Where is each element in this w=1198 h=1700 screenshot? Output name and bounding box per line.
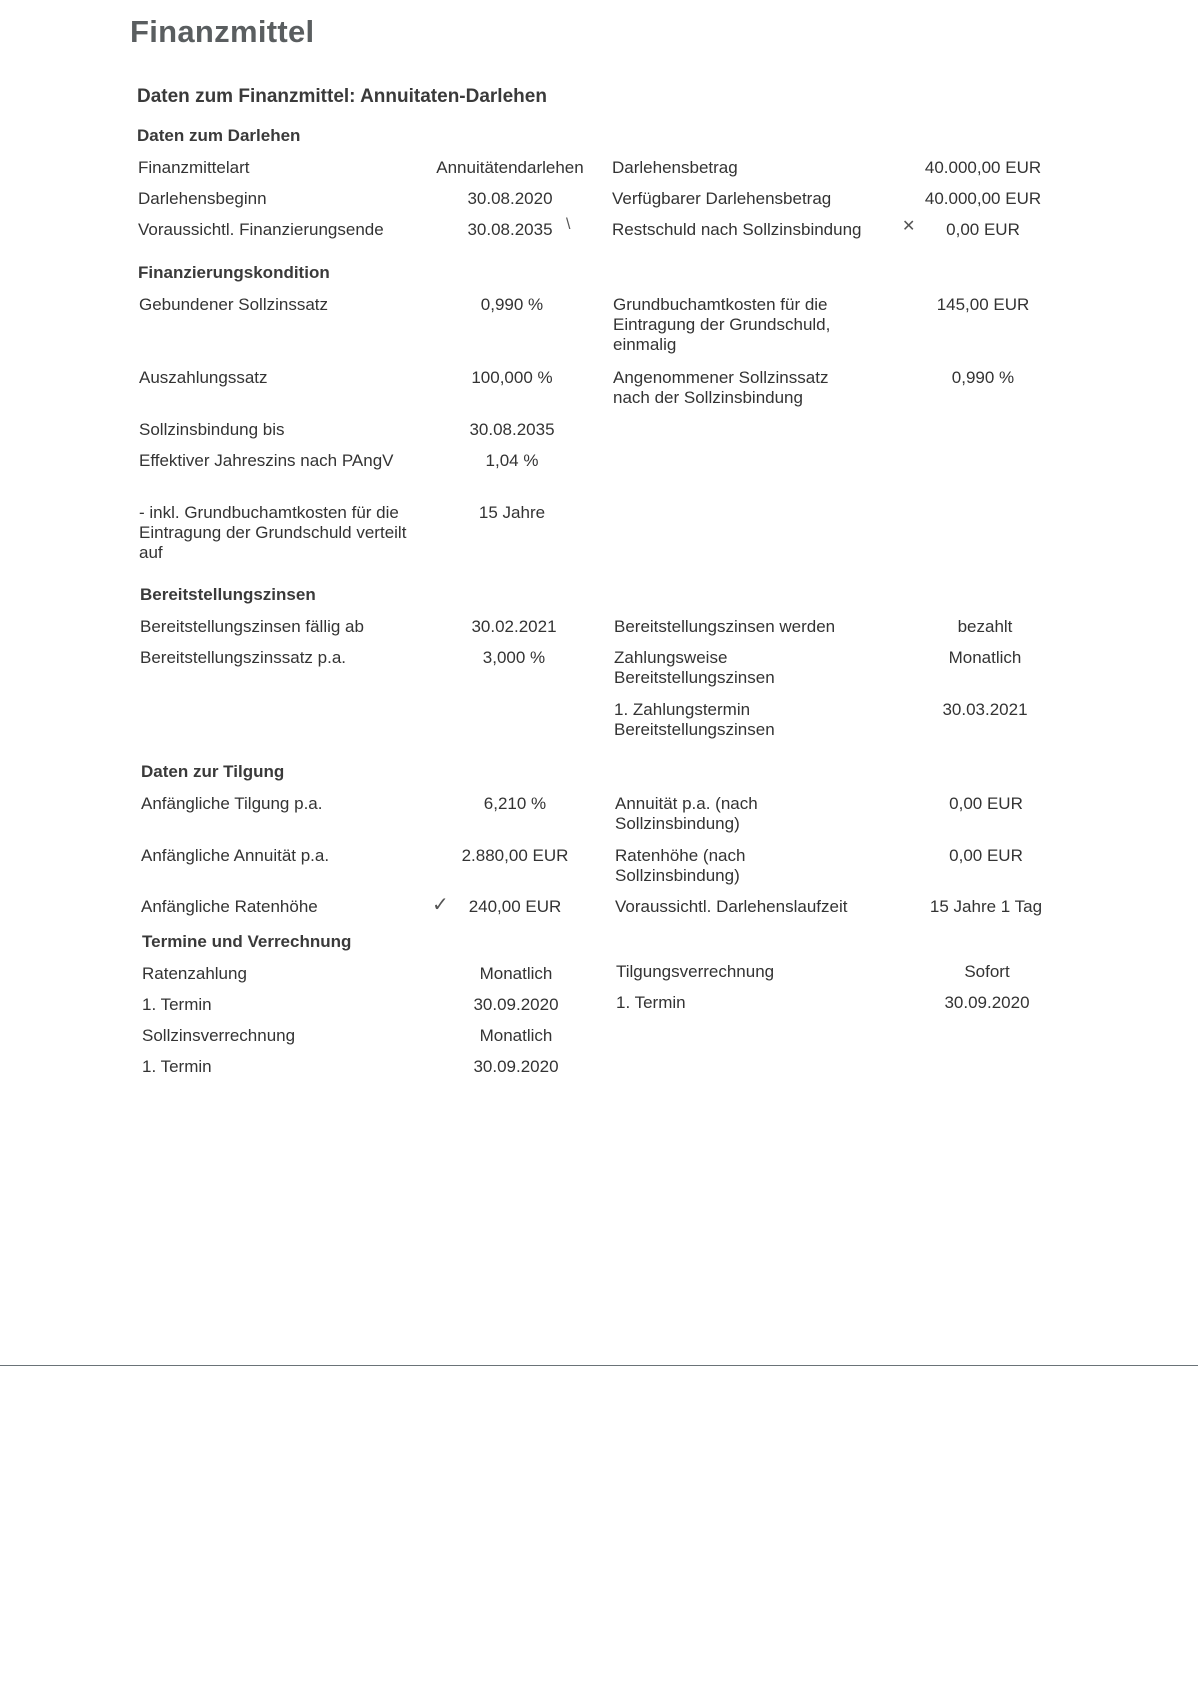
value-zahlungsweise: Monatlich bbox=[910, 648, 1060, 668]
value-tilgungsverrechnung: Sofort bbox=[912, 962, 1062, 982]
label-ratenzahlung: Ratenzahlung bbox=[142, 964, 412, 984]
subsection-title-tilgung: Daten zur Tilgung bbox=[141, 762, 284, 782]
value-sollzinsverrechnung-termin: 30.09.2020 bbox=[436, 1057, 596, 1077]
value-erster-zahlungstermin: 30.03.2021 bbox=[910, 700, 1060, 720]
label-bereitstellung-werden: Bereitstellungszinsen werden bbox=[614, 617, 864, 637]
value-ratenzahlung-termin: 30.09.2020 bbox=[436, 995, 596, 1015]
label-tilgungsverrechnung-termin: 1. Termin bbox=[616, 993, 866, 1013]
label-erster-zahlungstermin: 1. Zahlungstermin Bereitstellungszinsen bbox=[614, 700, 864, 740]
label-ratenzahlung-termin: 1. Termin bbox=[142, 995, 412, 1015]
value-ratenhoehe-nach-bindung: 0,00 EUR bbox=[911, 846, 1061, 866]
subsection-title-termine: Termine und Verrechnung bbox=[142, 932, 351, 952]
value-gebundener-sollzinssatz: 0,990 % bbox=[432, 295, 592, 315]
value-darlehensbetrag: 40.000,00 EUR bbox=[908, 158, 1058, 178]
value-finanzmittelart: Annuitätendarlehen bbox=[430, 158, 590, 178]
label-anfaengliche-ratenhoehe: Anfängliche Ratenhöhe bbox=[141, 897, 411, 917]
handwritten-mark-icon: \ bbox=[566, 216, 570, 234]
label-grundbuchamtkosten-einmalig: Grundbuchamtkosten für die Eintragung de… bbox=[613, 295, 863, 355]
value-bereitstellungszinssatz: 3,000 % bbox=[434, 648, 594, 668]
label-finanzmittelart: Finanzmittelart bbox=[138, 158, 408, 178]
label-restschuld: Restschuld nach Sollzinsbindung bbox=[612, 220, 862, 240]
value-darlehenslaufzeit: 15 Jahre 1 Tag bbox=[911, 897, 1061, 917]
handwritten-check-icon: ✓ bbox=[432, 892, 449, 917]
label-sollzinsbindung-bis: Sollzinsbindung bis bbox=[139, 420, 409, 440]
label-gebundener-sollzinssatz: Gebundener Sollzinssatz bbox=[139, 295, 409, 315]
value-angenommener-sollzinssatz: 0,990 % bbox=[908, 368, 1058, 388]
label-grundbuchamtkosten-verteilt: - inkl. Grundbuchamtkosten für die Eintr… bbox=[139, 503, 409, 563]
label-tilgungsverrechnung: Tilgungsverrechnung bbox=[616, 962, 866, 982]
value-effektiver-jahreszins: 1,04 % bbox=[432, 451, 592, 471]
subsection-title-darlehen: Daten zum Darlehen bbox=[137, 126, 300, 146]
label-angenommener-sollzinssatz: Angenommener Sollzinssatz nach der Sollz… bbox=[613, 368, 863, 408]
label-effektiver-jahreszins: Effektiver Jahreszins nach PAngV bbox=[139, 451, 409, 471]
value-tilgungsverrechnung-termin: 30.09.2020 bbox=[912, 993, 1062, 1013]
label-anfaengliche-tilgung: Anfängliche Tilgung p.a. bbox=[141, 794, 411, 814]
value-ratenzahlung: Monatlich bbox=[436, 964, 596, 984]
label-darlehensbetrag: Darlehensbetrag bbox=[612, 158, 862, 178]
section-title: Daten zum Finanzmittel: Annuitaten-Darle… bbox=[137, 86, 547, 108]
subsection-title-bereitstellung: Bereitstellungszinsen bbox=[140, 585, 316, 605]
value-anfaengliche-annuitaet: 2.880,00 EUR bbox=[435, 846, 595, 866]
handwritten-cross-icon: ✕ bbox=[902, 216, 915, 236]
label-sollzinsverrechnung: Sollzinsverrechnung bbox=[142, 1026, 412, 1046]
value-darlehensbeginn: 30.08.2020 bbox=[430, 189, 590, 209]
label-annuitaet-nach-bindung: Annuität p.a. (nach Sollzinsbindung) bbox=[615, 794, 865, 834]
label-zahlungsweise: Zahlungsweise Bereitstellungszinsen bbox=[614, 648, 864, 688]
label-anfaengliche-annuitaet: Anfängliche Annuität p.a. bbox=[141, 846, 411, 866]
label-verfuegbarer-betrag: Verfügbarer Darlehensbetrag bbox=[612, 189, 862, 209]
value-bereitstellung-werden: bezahlt bbox=[910, 617, 1060, 637]
page-divider-line bbox=[0, 1365, 1198, 1366]
label-sollzinsverrechnung-termin: 1. Termin bbox=[142, 1057, 412, 1077]
label-finanzierungsende: Voraussichtl. Finanzierungsende bbox=[138, 220, 408, 240]
value-sollzinsbindung-bis: 30.08.2035 bbox=[432, 420, 592, 440]
subsection-title-kondition: Finanzierungskondition bbox=[138, 263, 330, 283]
label-darlehenslaufzeit: Voraussichtl. Darlehenslaufzeit bbox=[615, 897, 865, 917]
value-auszahlungssatz: 100,000 % bbox=[432, 368, 592, 388]
value-bereitstellung-faellig: 30.02.2021 bbox=[434, 617, 594, 637]
value-restschuld: 0,00 EUR bbox=[908, 220, 1058, 240]
label-ratenhoehe-nach-bindung: Ratenhöhe (nach Sollzinsbindung) bbox=[615, 846, 865, 886]
label-bereitstellungszinssatz: Bereitstellungszinssatz p.a. bbox=[140, 648, 410, 668]
value-grundbuchamtkosten-verteilt: 15 Jahre bbox=[432, 503, 592, 523]
label-auszahlungssatz: Auszahlungssatz bbox=[139, 368, 409, 388]
value-sollzinsverrechnung: Monatlich bbox=[436, 1026, 596, 1046]
value-verfuegbarer-betrag: 40.000,00 EUR bbox=[908, 189, 1058, 209]
value-anfaengliche-ratenhoehe: 240,00 EUR bbox=[435, 897, 595, 917]
label-darlehensbeginn: Darlehensbeginn bbox=[138, 189, 408, 209]
value-annuitaet-nach-bindung: 0,00 EUR bbox=[911, 794, 1061, 814]
page-title: Finanzmittel bbox=[130, 14, 314, 50]
label-bereitstellung-faellig: Bereitstellungszinsen fällig ab bbox=[140, 617, 410, 637]
value-grundbuchamtkosten-einmalig: 145,00 EUR bbox=[908, 295, 1058, 315]
value-anfaengliche-tilgung: 6,210 % bbox=[435, 794, 595, 814]
